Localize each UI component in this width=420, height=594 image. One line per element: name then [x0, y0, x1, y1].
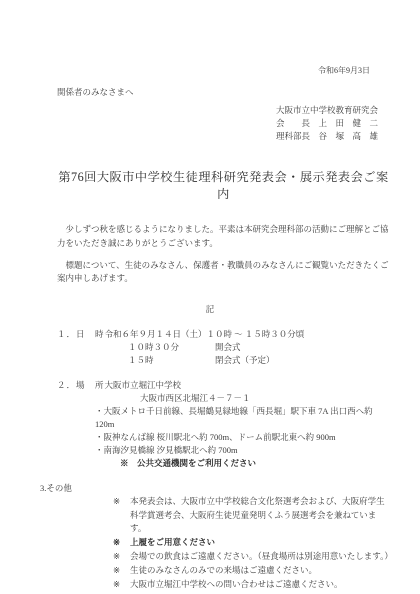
- reference-mark: ※: [113, 536, 130, 550]
- sender-president: 会 長 上 田 健 二: [276, 117, 388, 130]
- venue-address: 大阪市西区北堀江４－７－１: [140, 392, 390, 405]
- sender-dept-head: 理科部長 谷 塚 高 雄: [276, 130, 388, 143]
- note-item: ※ 大阪市立堀江中学校への問い合わせはご遠慮ください。: [113, 578, 390, 592]
- note-text: 大阪市立堀江中学校への問い合わせはご遠慮ください。: [130, 578, 390, 592]
- body-paragraphs: 少しずつ秋を感じるようになりました。平素は本研究会理科部の活動にご理解とご協力を…: [57, 223, 390, 286]
- note-text: 本発表会は、大阪市立中学校総合文化祭選考会および、大阪府学生科学賞選考会、大阪府…: [130, 495, 390, 536]
- note-text: 会場での飲食はご遠慮ください。（昼食場所は別途用意いたします。）: [130, 550, 390, 564]
- document-page: 令和6年9月3日 関係者のみなさまへ 大阪市立中学校教育研究会 会 長 上 田 …: [0, 0, 420, 594]
- ki-marker: 記: [57, 303, 390, 316]
- document-title: 第76回大阪市中学校生徒理科研究発表会・展示発表会ご案内: [57, 168, 390, 202]
- section-datetime: １．日 時 令和６年９月１４日（土）１０時 ～ １５時３０分頃 １０時３０分 開…: [57, 328, 390, 367]
- schedule-time: １０時３０分: [128, 341, 215, 354]
- sender-block: 大阪市立中学校教育研究会 会 長 上 田 健 二 理科部長 谷 塚 高 雄: [57, 104, 390, 143]
- reference-mark: ※: [113, 578, 130, 592]
- section3-label: 3.その他: [40, 482, 390, 495]
- reference-mark: ※: [113, 495, 130, 536]
- note-item: ※ 上履をご用意ください: [113, 536, 390, 550]
- schedule-event: 開会式: [215, 341, 241, 354]
- section1-datetime: 令和６年９月１４日（土）１０時 ～ １５時３０分頃: [105, 328, 305, 341]
- public-transport-note: ※ 公共交通機関をご利用ください: [120, 457, 390, 470]
- schedule-event: 閉会式（予定）: [215, 354, 275, 367]
- reference-mark: ※: [113, 550, 130, 564]
- access-route: ・南海汐見橋線 汐見橋駅北へ約 700m: [95, 444, 390, 457]
- body-paragraph-1: 少しずつ秋を感じるようになりました。平素は本研究会理科部の活動にご理解とご協力を…: [57, 223, 390, 250]
- access-route: ・阪神なんば線 桜川駅北へ約 700m、ドーム前駅北東へ約 900m: [95, 431, 390, 444]
- schedule-time: １５時: [128, 354, 215, 367]
- section1-label: １．日 時: [57, 328, 105, 341]
- schedule-row: １５時 閉会式（予定）: [128, 354, 390, 367]
- schedule-row: １０時３０分 開会式: [128, 341, 390, 354]
- section-other: 3.その他 ※ 本発表会は、大阪市立中学校総合文化祭選考会および、大阪府学生科学…: [57, 482, 390, 592]
- note-item: ※ 本発表会は、大阪市立中学校総合文化祭選考会および、大阪府学生科学賞選考会、大…: [113, 495, 390, 536]
- note-item: ※ 会場での飲食はご遠慮ください。（昼食場所は別途用意いたします。）: [113, 550, 390, 564]
- venue-name: 大阪市立堀江中学校: [105, 379, 182, 392]
- section-venue: ２．場 所 大阪市立堀江中学校 大阪市西区北堀江４－７－１ ・大阪メトロ千日前線…: [57, 379, 390, 470]
- sender-organization: 大阪市立中学校教育研究会: [276, 104, 388, 117]
- note-item: ※ 生徒のみなさんのみでの来場はご遠慮ください。: [113, 564, 390, 578]
- note-text: 生徒のみなさんのみでの来場はご遠慮ください。: [130, 564, 390, 578]
- body-paragraph-2: 標題について、生徒のみなさん、保護者・教職員のみなさんにご観覧いただきたくご案内…: [57, 259, 390, 286]
- reference-mark: ※: [113, 564, 130, 578]
- access-route: ・大阪メトロ千日前線、長堀鶴見緑地線「西長堀」駅下車 7A 出口西へ約 120m: [95, 405, 390, 431]
- section2-label: ２．場 所: [57, 379, 105, 392]
- note-text: 上履をご用意ください: [130, 536, 390, 550]
- document-date: 令和6年9月3日: [57, 64, 390, 77]
- addressee: 関係者のみなさまへ: [57, 86, 390, 99]
